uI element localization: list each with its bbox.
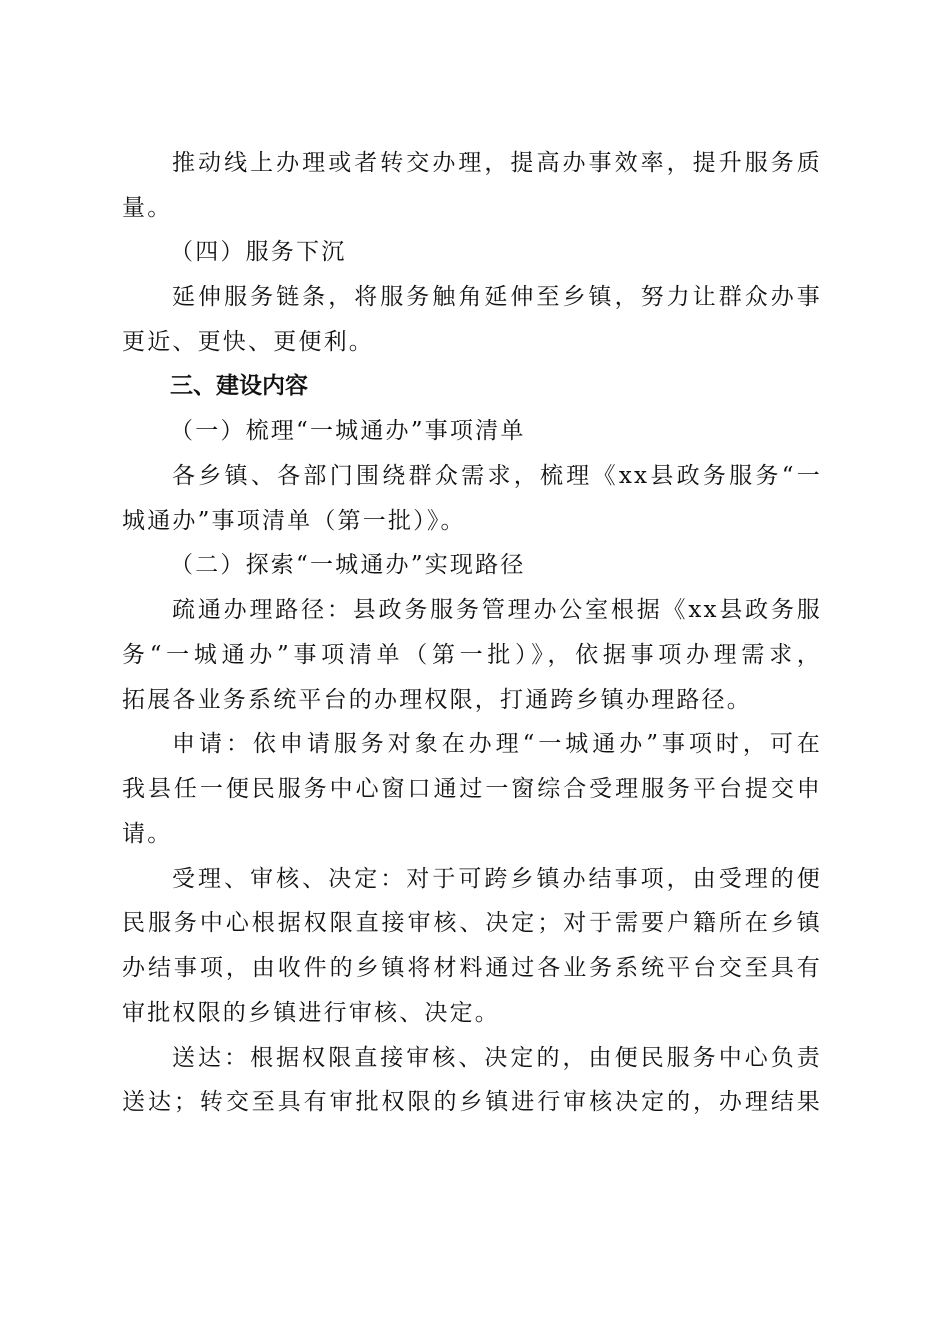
body-text-line: 各乡镇、各部门围绕群众需求，梳理《xx县政务服务“一 [172,456,822,496]
body-text-line: 推动线上办理或者转交办理，提高办事效率，提升服务质 [172,143,822,183]
body-text-line: 城通办”事项清单（第一批）》。 [122,501,822,541]
body-text-line: 送达；转交至具有审批权限的乡镇进行审核决定的，办理结果 [122,1082,822,1122]
section-heading-1: （一）梳理“一城通办”事项清单 [170,411,870,451]
body-text-line: 延伸服务链条，将服务触角延伸至乡镇，努力让群众办事 [172,277,822,317]
body-text-line: 民服务中心根据权限直接审核、决定；对于需要户籍所在乡镇 [122,903,822,943]
body-text-line: 办结事项，由收件的乡镇将材料通过各业务系统平台交至具有 [122,948,822,988]
chapter-heading-3: 三、建设内容 [170,366,870,406]
section-heading-4: （四）服务下沉 [170,232,870,272]
document-page: 推动线上办理或者转交办理，提高办事效率，提升服务质 量。 （四）服务下沉 延伸服… [0,0,950,1344]
body-text-line: 疏通办理路径：县政务服务管理办公室根据《xx县政务服 [172,590,822,630]
body-text-line: 量。 [122,188,822,228]
body-text-line: 受理、审核、决定：对于可跨乡镇办结事项，由受理的便 [172,859,822,899]
body-text-line: 务“一城通办”事项清单（第一批）》，依据事项办理需求， [122,635,822,675]
body-text-line: 拓展各业务系统平台的办理权限，打通跨乡镇办理路径。 [122,680,822,720]
body-text-line: 我县任一便民服务中心窗口通过一窗综合受理服务平台提交申 [122,769,822,809]
body-text-line: 申请：依申请服务对象在办理“一城通办”事项时，可在 [172,724,822,764]
section-heading-2: （二）探索“一城通办”实现路径 [170,545,870,585]
body-text-line: 更近、更快、更便利。 [122,322,822,362]
body-text-line: 审批权限的乡镇进行审核、决定。 [122,993,822,1033]
body-text-line: 送达：根据权限直接审核、决定的，由便民服务中心负责 [172,1038,822,1078]
body-text-line: 请。 [122,814,822,854]
